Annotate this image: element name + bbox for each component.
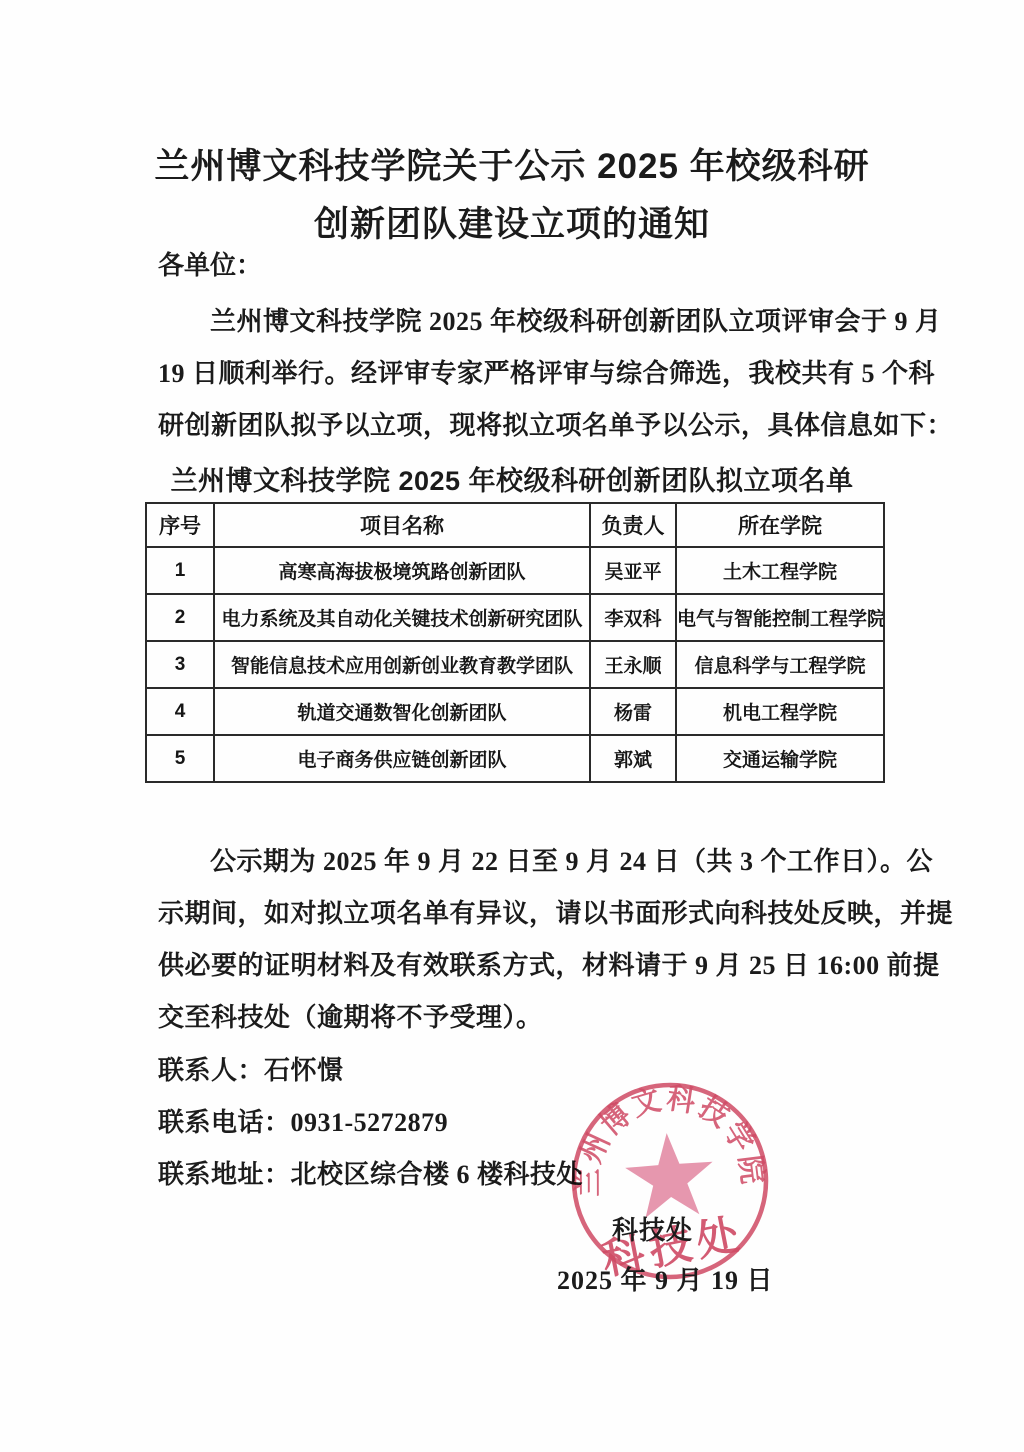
header-college: 所在学院 [676,503,884,547]
cell-leader: 郭斌 [590,735,676,782]
publicity-line: 交至科技处（逾期将不予受理）。 [158,992,882,1044]
publicity-line: 供必要的证明材料及有效联系方式，材料请于 9 月 25 日 16:00 前提 [158,940,882,992]
document-page: 兰州博文科技学院关于公示 2025 年校级科研 创新团队建设立项的通知 各单位：… [0,0,1024,1452]
cell-leader: 杨雷 [590,688,676,735]
table-row: 3 智能信息技术应用创新创业教育教学团队 王永顺 信息科学与工程学院 [146,641,884,688]
cell-leader: 王永顺 [590,641,676,688]
signature-date: 2025 年 9 月 19 日 [557,1260,774,1297]
header-leader: 负责人 [590,503,676,547]
cell-serial-no: 1 [146,547,214,594]
intro-line: 兰州博文科技学院 2025 年校级科研创新团队立项评审会于 9 月 [158,296,882,348]
roster-table-title: 兰州博文科技学院 2025 年校级科研创新团队拟立项名单 [0,459,1024,498]
table-row: 5 电子商务供应链创新团队 郭斌 交通运输学院 [146,735,884,782]
cell-project-name: 电力系统及其自动化关键技术创新研究团队 [214,594,590,641]
cell-college: 电气与智能控制工程学院 [676,594,884,641]
table-row: 4 轨道交通数智化创新团队 杨雷 机电工程学院 [146,688,884,735]
cell-serial-no: 5 [146,735,214,782]
table-row: 1 高寒高海拔极境筑路创新团队 吴亚平 土木工程学院 [146,547,884,594]
cell-serial-no: 2 [146,594,214,641]
cell-leader: 李双科 [590,594,676,641]
document-title-line2: 创新团队建设立项的通知 [0,196,1024,254]
roster-table: 序号 项目名称 负责人 所在学院 1 高寒高海拔极境筑路创新团队 吴亚平 土木工… [145,502,885,783]
header-serial-no: 序号 [146,503,214,547]
intro-line: 19 日顺利举行。经评审专家严格评审与综合筛选，我校共有 5 个科 [158,348,882,400]
cell-college: 信息科学与工程学院 [676,641,884,688]
table-row: 2 电力系统及其自动化关键技术创新研究团队 李双科 电气与智能控制工程学院 [146,594,884,641]
intro-line: 研创新团队拟予以立项，现将拟立项名单予以公示，具体信息如下： [158,400,882,452]
cell-project-name: 智能信息技术应用创新创业教育教学团队 [214,641,590,688]
cell-serial-no: 4 [146,688,214,735]
publicity-paragraph: 公示期为 2025 年 9 月 22 日至 9 月 24 日（共 3 个工作日）… [158,836,882,1044]
publicity-line: 示期间，如对拟立项名单有异议，请以书面形式向科技处反映，并提 [158,888,882,940]
cell-project-name: 轨道交通数智化创新团队 [214,688,590,735]
table-header-row: 序号 项目名称 负责人 所在学院 [146,503,884,547]
cell-college: 机电工程学院 [676,688,884,735]
seal-star-icon [623,1130,716,1219]
header-project-name: 项目名称 [214,503,590,547]
cell-project-name: 高寒高海拔极境筑路创新团队 [214,547,590,594]
cell-project-name: 电子商务供应链创新团队 [214,735,590,782]
intro-paragraph: 兰州博文科技学院 2025 年校级科研创新团队立项评审会于 9 月 19 日顺利… [158,296,882,452]
signature-department: 科技处 [612,1210,693,1247]
document-title: 兰州博文科技学院关于公示 2025 年校级科研 创新团队建设立项的通知 [0,138,1024,254]
document-title-line1: 兰州博文科技学院关于公示 2025 年校级科研 [0,138,1024,196]
publicity-line: 公示期为 2025 年 9 月 22 日至 9 月 24 日（共 3 个工作日）… [158,836,882,888]
cell-college: 交通运输学院 [676,735,884,782]
salutation: 各单位： [158,246,262,286]
cell-serial-no: 3 [146,641,214,688]
cell-college: 土木工程学院 [676,547,884,594]
cell-leader: 吴亚平 [590,547,676,594]
